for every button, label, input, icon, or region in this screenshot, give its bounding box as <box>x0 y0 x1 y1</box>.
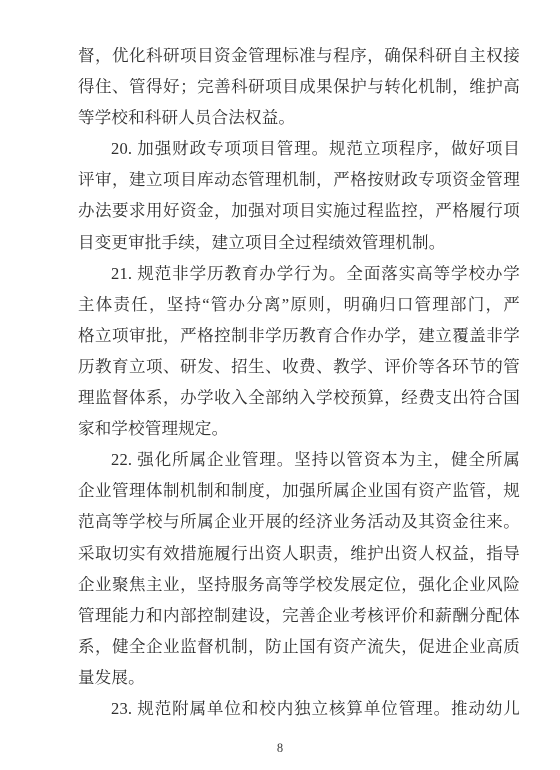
text-line: 系，健全企业监督机制，防止国有资产流失，促进企业高质 <box>78 631 520 662</box>
text-line: 目变更审批手续，建立项目全过程绩效管理机制。 <box>78 227 520 258</box>
text-line: 督，优化科研项目资金管理标准与程序，确保科研自主权接 <box>78 40 520 71</box>
text-line: 量发展。 <box>78 662 520 693</box>
text-line: 格立项审批，严格控制非学历教育合作办学，建立覆盖非学 <box>78 320 520 351</box>
text-line: 采取切实有效措施履行出资人职责，维护出资人权益，指导 <box>78 538 520 569</box>
text-line: 23. 规范附属单位和校内独立核算单位管理。推动幼儿 <box>78 693 520 724</box>
text-line: 范高等学校与所属企业开展的经济业务活动及其资金往来。 <box>78 506 520 537</box>
text-line: 主体责任，坚持“管办分离”原则，明确归口管理部门，严 <box>78 289 520 320</box>
text-line: 得住、管得好；完善科研项目成果保护与转化机制，维护高 <box>78 71 520 102</box>
text-line: 20. 加强财政专项项目管理。规范立项程序，做好项目 <box>78 133 520 164</box>
paragraph-19-continuation: 督，优化科研项目资金管理标准与程序，确保科研自主权接 得住、管得好；完善科研项目… <box>78 40 520 133</box>
document-page: 督，优化科研项目资金管理标准与程序，确保科研自主权接 得住、管得好；完善科研项目… <box>0 0 560 770</box>
text-line: 办法要求用好资金，加强对项目实施过程监控，严格履行项 <box>78 195 520 226</box>
text-line: 家和学校管理规定。 <box>78 413 520 444</box>
text-line: 评审，建立项目库动态管理机制，严格按财政专项资金管理 <box>78 164 520 195</box>
text-line: 21. 规范非学历教育办学行为。全面落实高等学校办学 <box>78 258 520 289</box>
text-line: 历教育立项、研发、招生、收费、教学、评价等各环节的管 <box>78 351 520 382</box>
text-line: 等学校和科研人员合法权益。 <box>78 102 520 133</box>
page-number: 8 <box>0 741 560 756</box>
paragraph-22: 22. 强化所属企业管理。坚持以管资本为主，健全所属 企业管理体制机制和制度，加… <box>78 444 520 693</box>
text-block: 督，优化科研项目资金管理标准与程序，确保科研自主权接 得住、管得好；完善科研项目… <box>78 40 520 724</box>
text-line: 管理能力和内部控制建设，完善企业考核评价和薪酬分配体 <box>78 600 520 631</box>
paragraph-23: 23. 规范附属单位和校内独立核算单位管理。推动幼儿 <box>78 693 520 724</box>
text-line: 企业管理体制机制和制度，加强所属企业国有资产监管，规 <box>78 475 520 506</box>
text-line: 企业聚焦主业，坚持服务高等学校发展定位，强化企业风险 <box>78 569 520 600</box>
text-line: 理监督体系，办学收入全部纳入学校预算，经费支出符合国 <box>78 382 520 413</box>
paragraph-20: 20. 加强财政专项项目管理。规范立项程序，做好项目 评审，建立项目库动态管理机… <box>78 133 520 257</box>
text-line: 22. 强化所属企业管理。坚持以管资本为主，健全所属 <box>78 444 520 475</box>
paragraph-21: 21. 规范非学历教育办学行为。全面落实高等学校办学 主体责任，坚持“管办分离”… <box>78 258 520 445</box>
